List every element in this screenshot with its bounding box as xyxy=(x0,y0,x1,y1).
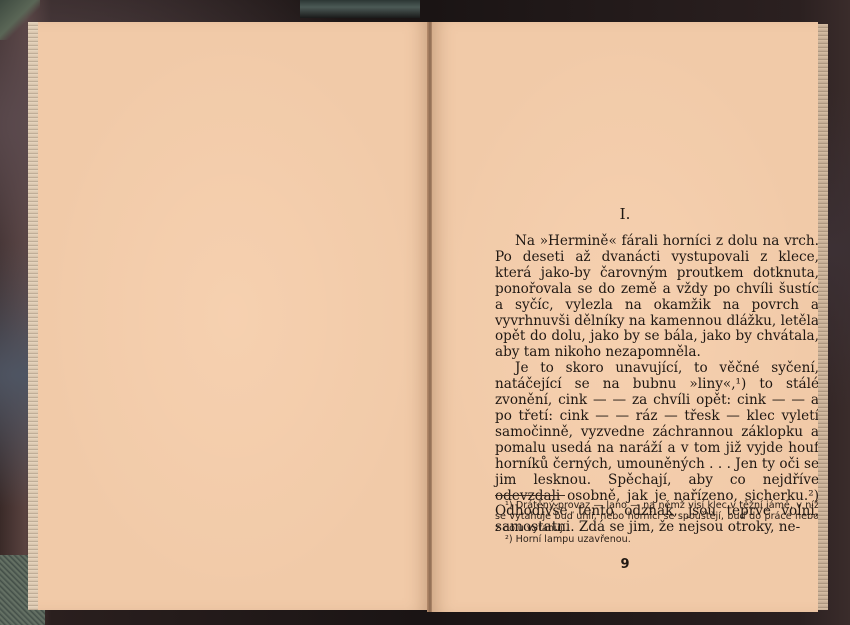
body-text: Na »Hermině« fárali horníci z dolu na vr… xyxy=(495,234,819,536)
footnote-rule xyxy=(495,495,565,496)
left-page xyxy=(38,22,428,610)
right-page-stack-edge xyxy=(818,24,828,610)
left-page-stack-edge xyxy=(28,22,38,610)
chapter-heading: I. xyxy=(432,205,818,223)
footnote: ¹) Drátěný provaz — lano — na němž visí … xyxy=(495,500,819,534)
paragraph: Na »Hermině« fárali horníci z dolu na vr… xyxy=(495,234,819,361)
book-spine-top xyxy=(300,0,420,18)
footnote: ²) Horní lampu uzavřenou. xyxy=(495,534,819,545)
footnotes: ¹) Drátěný provaz — lano — na němž visí … xyxy=(495,500,819,546)
page-number: 9 xyxy=(432,557,818,572)
right-page: I. Na »Hermině« fárali horníci z dolu na… xyxy=(432,22,818,612)
